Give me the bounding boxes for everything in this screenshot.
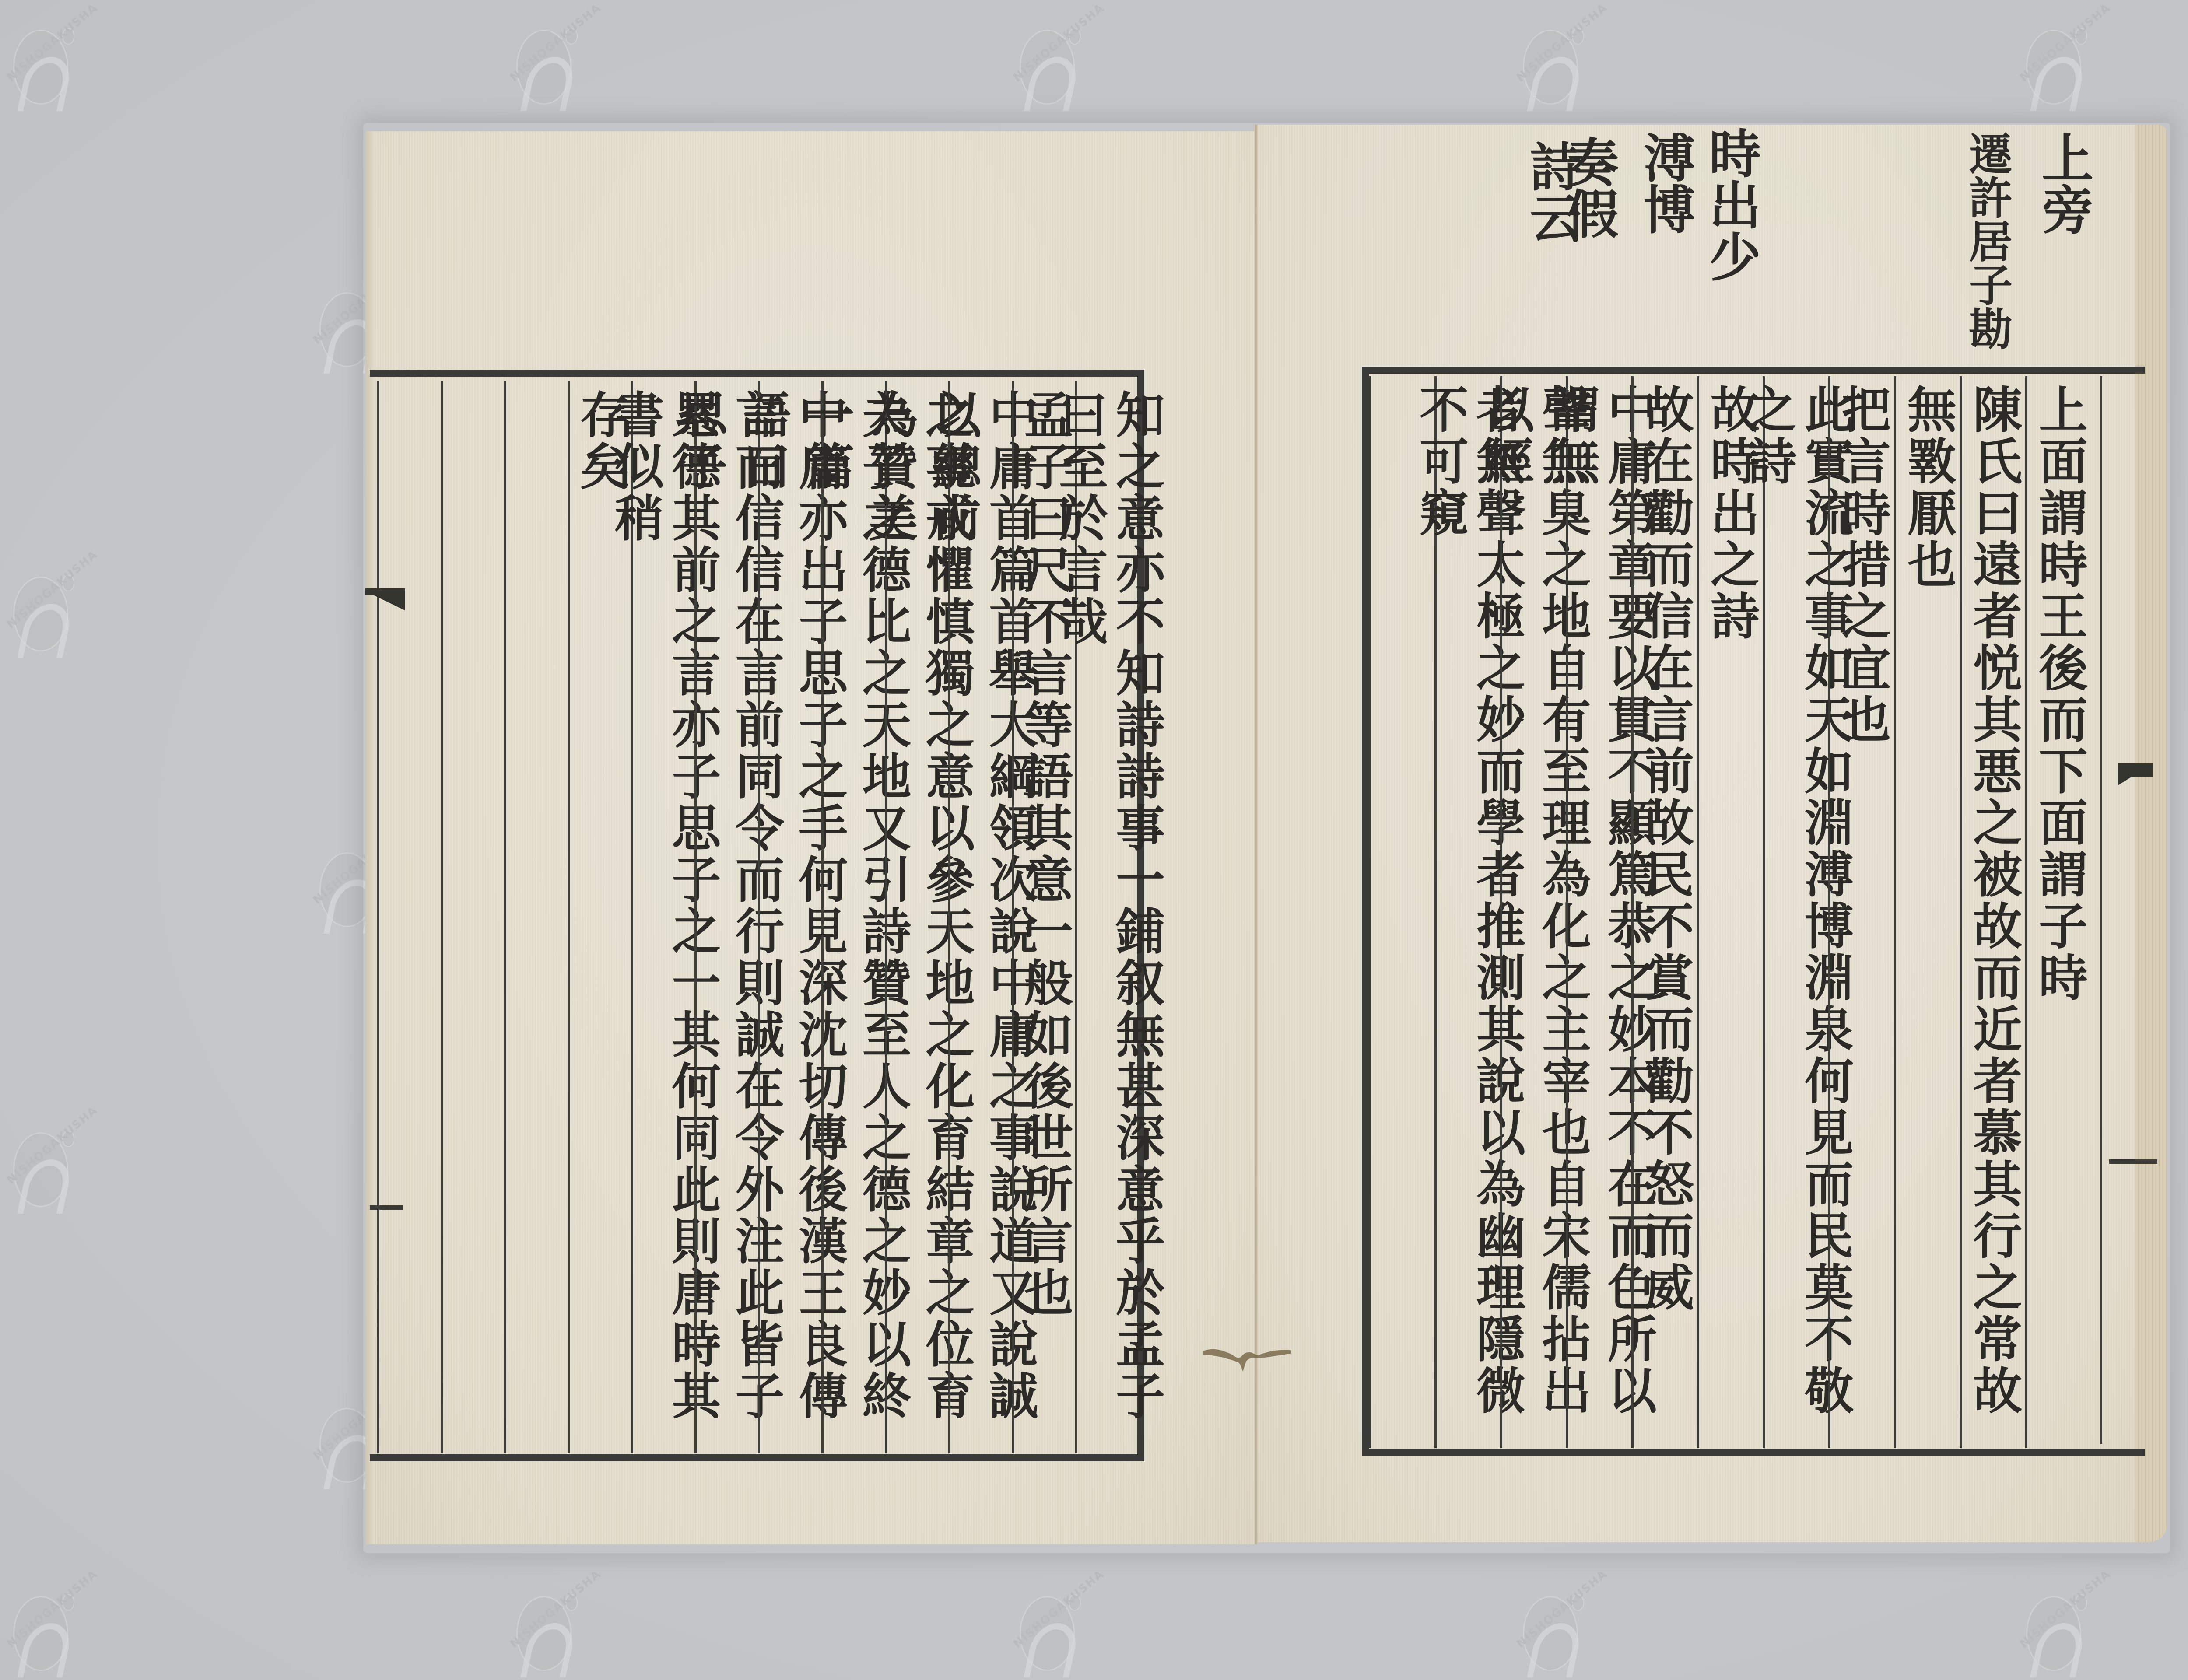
- watermark-logo: NISHOGAKUSHA: [0, 1111, 101, 1212]
- marginalia-3: 時出少: [1698, 127, 1764, 282]
- left-col-3: 中庸首篇首舉大綱領次說中庸之事說道又說誠以總前: [948, 381, 1012, 1453]
- right-col-5: 此實流之事如天如淵溥博淵泉何見而民莫不敬之詩: [1763, 376, 1828, 1448]
- left-hanshin-line: [370, 1205, 403, 1210]
- left-page-columns: 知之意亦不知詩詩事一鋪叙無甚深意乎於孟子曰至於言哉 孟子曰尺不言等語其意一般如後…: [377, 381, 1139, 1453]
- marginalia-1: 上旁: [2030, 131, 2096, 234]
- left-col-blank: [441, 381, 504, 1453]
- watermark-logo: NISHOGAKUSHA: [0, 9, 101, 109]
- watermark-logo: NISHOGAKUSHA: [503, 9, 604, 109]
- watermark-logo: NISHOGAKUSHA: [1006, 1575, 1107, 1676]
- watermark-logo: NISHOGAKUSHA: [503, 1575, 604, 1676]
- right-col-3: 無斁厭也: [1894, 376, 1960, 1448]
- left-col-10: [504, 381, 568, 1453]
- right-col-1: 上面謂時王後而下面謂子時: [2025, 376, 2091, 1448]
- right-col-2: 陳氏曰遠者悦其悪之被故而近者慕其行之常故: [1960, 376, 2025, 1448]
- right-col-7: 故在勸而信在言前故民不賞而勸不怒而威: [1631, 376, 1697, 1448]
- right-hanshin-line: [2109, 1159, 2157, 1164]
- watermark-logo: NISHOGAKUSHA: [0, 556, 101, 656]
- watermark-logo: NISHOGAKUSHA: [1006, 9, 1107, 109]
- left-hanshin-strip: [377, 381, 441, 1453]
- right-inner-rule: [2100, 376, 2102, 1444]
- watermark-logo: NISHOGAKUSHA: [2013, 9, 2114, 109]
- right-page-columns: 上面謂時王後而下面謂子時 陳氏曰遠者悦其悪之被故而近者慕其行之常故 無斁厭也 把…: [1369, 376, 2091, 1448]
- marginalia-4: 溥博: [1632, 131, 1698, 234]
- marginalia-6: 詩云: [1518, 140, 1584, 243]
- watermark-logo: NISHOGAKUSHA: [0, 1575, 101, 1676]
- marginalia-2: 遷許居子勘: [1960, 131, 2014, 350]
- watermark-logo: NISHOGAKUSHA: [1510, 9, 1610, 109]
- ink-stain: [1201, 1347, 1293, 1374]
- watermark-logo: NISHOGAKUSHA: [1510, 1575, 1610, 1676]
- spine-gutter: [1254, 125, 1258, 1544]
- watermark-logo: NISHOGAKUSHA: [2013, 1575, 2114, 1676]
- right-col-8: 中庸第章要以貫不顯篤恭之妙本不在而色所以謂無: [1566, 376, 1631, 1448]
- right-col-4: 把言時措之宜也: [1828, 376, 1894, 1448]
- left-col-1: 知之意亦不知詩詩事一鋪叙無甚深意乎於孟子曰至於言哉: [1075, 381, 1139, 1453]
